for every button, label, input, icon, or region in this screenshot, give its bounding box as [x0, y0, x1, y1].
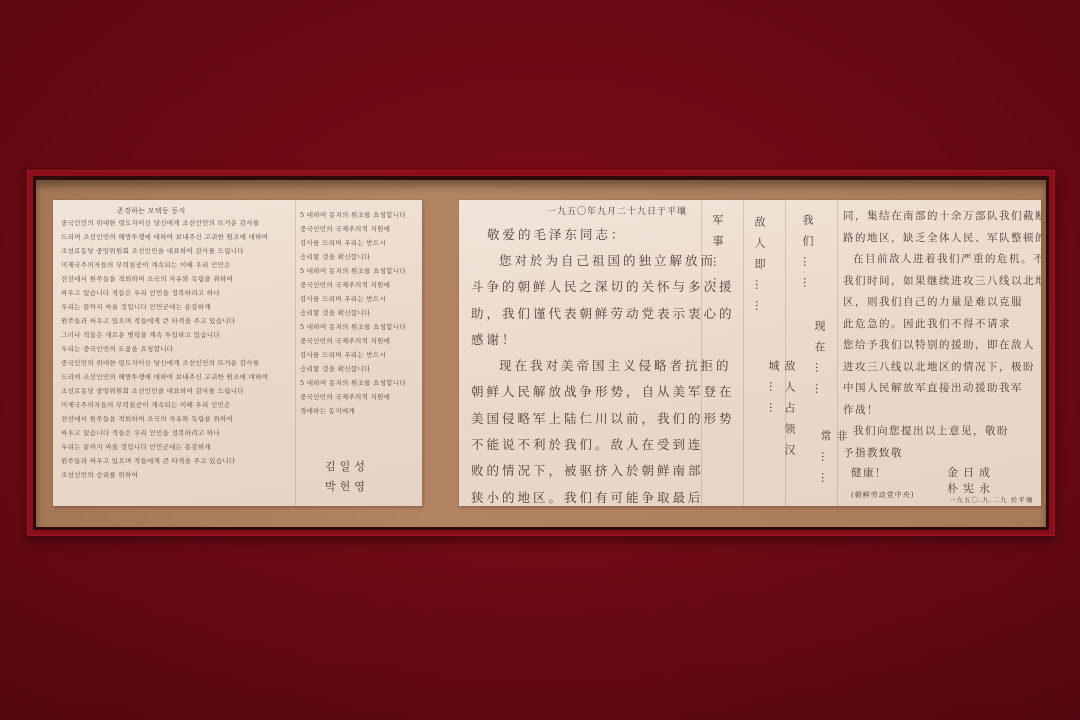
text-line: 승리할 것을 확신합니다 [300, 306, 406, 320]
text-line: 区，则我们自己的力量是难以克服 [843, 292, 1041, 314]
vertical-text-column: 我们…… [799, 214, 815, 298]
text-line: 在目前敌人进着我们严重的危机。不予 [843, 249, 1041, 271]
vertical-text-column: 敌人即…… [751, 216, 767, 321]
text-line: 现在我对美帝国主义侵略者抗拒的 [471, 353, 735, 379]
text-line: 중국인민의 위대한 령도자이신 당신에게 조선인민의 뜨거운 감사를 [61, 216, 268, 230]
chinese-letter-sheet: 一九五〇年九月二十九日于平壤 敬爱的毛泽东同志： 您对於为自己祖国的独立解放而 … [459, 200, 1041, 506]
text-line: 미제국주의자들의 무력침공이 계속되는 이때 우리 인민은 [61, 398, 268, 412]
text-line: 朝鲜人民解放战争形势，自从美军登在 [471, 379, 735, 405]
text-line: 조선로동당 중앙위원회 조선인민을 대표하여 감사를 드립니다 [61, 244, 268, 258]
text-line: 중국인민의 국제주의적 지원에 [300, 334, 406, 348]
chinese-letter-continuation: 同，集结在南部的十余万部队我们截断了后 路的地区，缺乏全体人民、军队整顿的时间。… [843, 206, 1041, 464]
text-line: 助，我们谨代表朝鲜劳动党表示衷心的 [471, 301, 735, 327]
text-line: 中国人民解放军直接出动援助我军 [843, 378, 1041, 400]
text-line: 경애하는 동지에게 [300, 404, 406, 418]
text-line: 감사를 드리며 우리는 반드시 [300, 348, 406, 362]
text-line: 路的地区，缺乏全体人民、军队整顿的时间。 [843, 228, 1041, 250]
text-line: 感谢！ [471, 327, 735, 353]
text-line: 败的情况下，被驱挤入於朝鲜南部 [471, 458, 735, 484]
korean-letter-sheet: 존경하는 모택동 동지 중국인민의 위대한 령도자이신 당신에게 조선인민의 뜨… [53, 200, 422, 506]
text-line: 斗争的朝鲜人民之深切的关怀与多次援 [471, 274, 735, 300]
text-line: 我们时间，如果继续进攻三八线以北地 [843, 271, 1041, 293]
text-line: 승리할 것을 확신합니다 [300, 362, 406, 376]
text-line: 进攻三八线以北地区的情况下，极盼 [843, 357, 1041, 379]
text-line: 5 대하여 동지의 원조를 요청합니다 [300, 208, 406, 222]
text-line: 우리는 중국인민의 도움을 요청합니다 [61, 342, 268, 356]
text-line: 您对於为自己祖国的独立解放而 [471, 248, 735, 274]
letter-note: (朝鲜劳动党中央) [851, 490, 914, 500]
letter-closing: 致敬 [879, 443, 903, 465]
text-line: 감사를 드리며 우리는 반드시 [300, 236, 406, 250]
signature-date: 一九五〇.九.二九 於平壤 [949, 495, 1033, 504]
text-line: 중국인민의 국제주의적 지원에 [300, 222, 406, 236]
text-line: 同，集结在南部的十余万部队我们截断了后 [843, 206, 1041, 228]
text-line: 狭小的地区。我们有可能争取最后 [471, 485, 735, 506]
text-line: 不能说不利於我们。敌人在受到连 [471, 432, 735, 458]
text-line: 승리할 것을 확신합니다 [300, 250, 406, 264]
text-line: 作战！ [843, 400, 1041, 422]
text-line: 중국인민의 위대한 령도자이신 당신에게 조선인민의 뜨거운 감사를 [61, 356, 268, 370]
chinese-letter-body: 您对於为自己祖国的独立解放而 斗争的朝鲜人民之深切的关怀与多次援 助，我们谨代表… [471, 248, 735, 506]
text-line: 그러나 적들은 새로운 병력을 계속 투입하고 있습니다 [61, 328, 268, 342]
korean-letter-column2: 5 대하여 동지의 원조를 요청합니다 중국인민의 국제주의적 지원에 감사를 … [300, 208, 406, 418]
text-line: 싸우고 있습니다 적들은 우리 인민을 정복하려고 하나 [61, 286, 268, 300]
vertical-text-column: 敌人占领汉城…… [765, 360, 797, 506]
vertical-text-column: 现在…… [811, 320, 827, 404]
text-line: 予指教！ [843, 443, 1041, 465]
text-line: 5 대하여 동지의 원조를 요청합니다 [300, 264, 406, 278]
wall-lower-shade [0, 540, 1080, 720]
text-line: 중국인민의 국제주의적 지원에 [300, 278, 406, 292]
text-line: 전선에서 원쑤들을 격퇴하며 조국의 자유와 독립을 위하여 [61, 412, 268, 426]
text-line: 중국인민의 국제주의적 지원에 [300, 390, 406, 404]
chinese-signature-2: 朴宪永 [947, 480, 995, 496]
chinese-signature-1: 金日成 [947, 464, 995, 480]
frame-mat: 존경하는 모택동 동지 중국인민의 위대한 령도자이신 당신에게 조선인민의 뜨… [36, 180, 1046, 527]
text-line: 드리며 조선인민의 해방투쟁에 대하여 보내주신 고귀한 원조에 대하여 [61, 370, 268, 384]
text-line: 원쑤들과 싸우고 있으며 적들에게 큰 타격을 주고 있습니다 [61, 314, 268, 328]
text-line: 원쑤들과 싸우고 있으며 적들에게 큰 타격을 주고 있습니다 [61, 454, 268, 468]
text-line: 드리며 조선인민의 해방투쟁에 대하여 보내주신 고귀한 원조에 대하여 [61, 230, 268, 244]
letter-salutation: 敬爱的毛泽东同志： [487, 222, 627, 248]
letter-date-header: 一九五〇年九月二十九日于平壤 [547, 204, 687, 217]
text-line: 您给予我们以特别的援助，即在敌人 [843, 335, 1041, 357]
text-line: 5 대하여 동지의 원조를 요청합니다 [300, 320, 406, 334]
korean-letter-body: 중국인민의 위대한 령도자이신 당신에게 조선인민의 뜨거운 감사를 드리며 조… [61, 216, 268, 482]
picture-frame: 존경하는 모택동 동지 중국인민의 위대한 령도자이신 당신에게 조선인민의 뜨… [27, 170, 1055, 536]
text-line: 우리는 끝까지 싸울 것입니다 인민군대는 용감하게 [61, 300, 268, 314]
text-line: 감사를 드리며 우리는 반드시 [300, 292, 406, 306]
text-line: 미제국주의자들의 무력침공이 계속되는 이때 우리 인민은 [61, 258, 268, 272]
text-line: 조선로동당 중앙위원회 조선인민을 대표하여 감사를 드립니다 [61, 384, 268, 398]
vertical-text-column: 军事…… [709, 214, 725, 298]
fold-line [743, 200, 744, 506]
text-line: 美国侵略军上陆仁川以前，我们的形势 [471, 406, 735, 432]
text-line: 우리는 끝까지 싸울 것입니다 인민군대는 용감하게 [61, 440, 268, 454]
fold-line [295, 200, 296, 506]
korean-signature-2: 박헌영 [325, 478, 369, 494]
text-line: 싸우고 있습니다 적들은 우리 인민을 정복하려고 하나 [61, 426, 268, 440]
text-line: 此危急的。因此我们不得不请求 [843, 314, 1041, 336]
text-line: 조선인민의 승리를 위하여 [61, 468, 268, 482]
text-line: 我们向您提出以上意见，敬盼 [843, 421, 1041, 443]
text-line: 5 대하여 동지의 원조를 요청합니다 [300, 376, 406, 390]
korean-signature-1: 김일성 [325, 458, 369, 474]
letter-wish: 健康！ [851, 463, 887, 485]
text-line: 전선에서 원쑤들을 격퇴하며 조국의 자유와 독립을 위하여 [61, 272, 268, 286]
